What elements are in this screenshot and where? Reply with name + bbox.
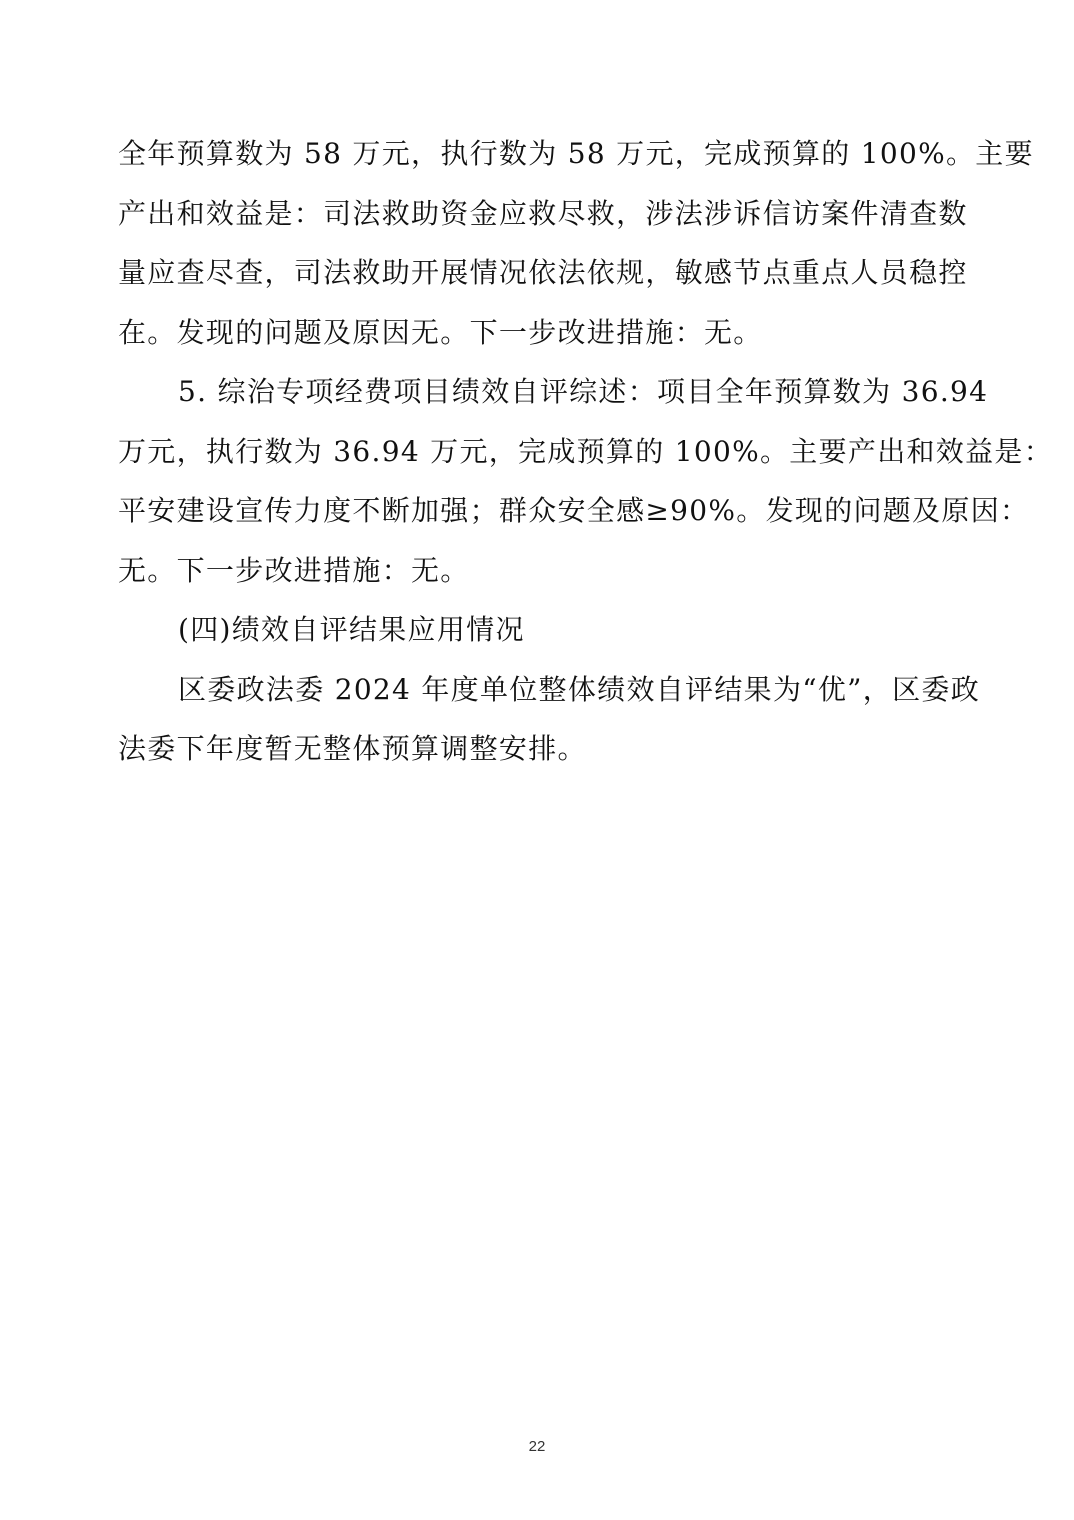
text-line: 平安建设宣传力度不断加强；群众安全感≥90%。发现的问题及原因： bbox=[118, 481, 960, 541]
text-line: 区委政法委 2024 年度单位整体绩效自评结果为“优”，区委政 bbox=[118, 660, 960, 720]
heading-text: (四)绩效自评结果应用情况 bbox=[118, 600, 960, 660]
text-line: 全年预算数为 58 万元，执行数为 58 万元，完成预算的 100%。主要 bbox=[118, 124, 960, 184]
text-line: 产出和效益是：司法救助资金应救尽救，涉法涉诉信访案件清查数 bbox=[118, 184, 960, 244]
text-line: 万元，执行数为 36.94 万元，完成预算的 100%。主要产出和效益是： bbox=[118, 422, 960, 482]
text-line: 无。下一步改进措施：无。 bbox=[118, 541, 960, 601]
paragraph-item-5: 5. 综治专项经费项目绩效自评综述：项目全年预算数为 36.94 万元，执行数为… bbox=[118, 362, 960, 600]
page-number: 22 bbox=[0, 1438, 1074, 1455]
document-body: 全年预算数为 58 万元，执行数为 58 万元，完成预算的 100%。主要 产出… bbox=[118, 124, 960, 779]
text-line: 在。发现的问题及原因无。下一步改进措施：无。 bbox=[118, 303, 960, 363]
paragraph-result: 区委政法委 2024 年度单位整体绩效自评结果为“优”，区委政 法委下年度暂无整… bbox=[118, 660, 960, 779]
text-line: 法委下年度暂无整体预算调整安排。 bbox=[118, 719, 960, 779]
section-heading: (四)绩效自评结果应用情况 bbox=[118, 600, 960, 660]
text-line: 量应查尽查，司法救助开展情况依法依规，敏感节点重点人员稳控 bbox=[118, 243, 960, 303]
paragraph-budget-continuation: 全年预算数为 58 万元，执行数为 58 万元，完成预算的 100%。主要 产出… bbox=[118, 124, 960, 362]
text-line: 5. 综治专项经费项目绩效自评综述：项目全年预算数为 36.94 bbox=[118, 362, 960, 422]
